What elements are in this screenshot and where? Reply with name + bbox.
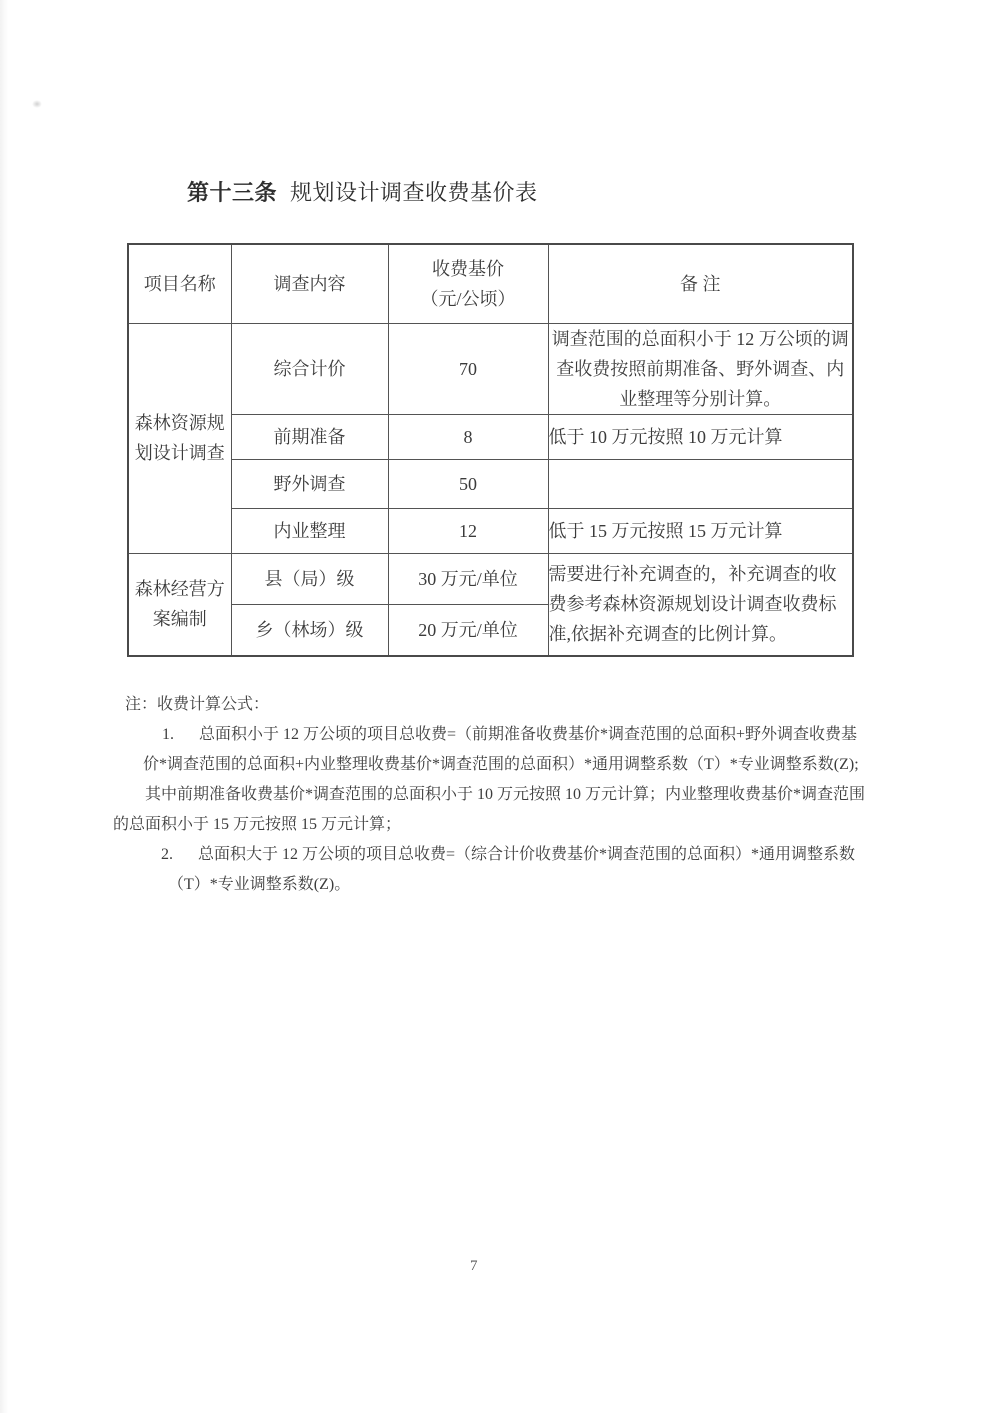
cell-group2-remark: 需要进行补充调查的，补充调查的收费参考森林资源规划设计调查收费标准,依据补充调查… xyxy=(548,553,853,656)
cell-price: 20 万元/单位 xyxy=(388,604,548,656)
cell-price: 30 万元/单位 xyxy=(388,553,548,604)
note-item-2: 2.总面积大于 12 万公顷的项目总收费=（综合计价收费基价*调查范围的总面积）… xyxy=(113,840,865,900)
table-row: 前期准备 8 低于 10 万元按照 10 万元计算 xyxy=(128,414,853,459)
cell-remark: 低于 15 万元按照 15 万元计算 xyxy=(548,508,853,553)
note-paragraph: 其中前期准备收费基价*调查范围的总面积小于 10 万元按照 10 万元计算；内业… xyxy=(113,780,865,840)
cell-remark: 调查范围的总面积小于 12 万公顷的调查收费按照前期准备、野外调查、内业整理等分… xyxy=(548,323,853,414)
cell-price: 70 xyxy=(388,323,548,414)
table-row: 内业整理 12 低于 15 万元按照 15 万元计算 xyxy=(128,508,853,553)
note-item-1: 1.总面积小于 12 万公顷的项目总收费=（前期准备收费基价*调查范围的总面积+… xyxy=(113,720,865,780)
cell-remark: 低于 10 万元按照 10 万元计算 xyxy=(548,414,853,459)
notes-section: 注：收费计算公式： 1.总面积小于 12 万公顷的项目总收费=（前期准备收费基价… xyxy=(113,690,865,900)
note-item-2-number: 2. xyxy=(161,840,198,870)
cell-content: 县（局）级 xyxy=(231,553,388,604)
cell-content: 前期准备 xyxy=(231,414,388,459)
cell-content: 野外调查 xyxy=(231,459,388,508)
table-header-row: 项目名称 调查内容 收费基价 （元/公顷） 备 注 xyxy=(128,244,853,323)
note-item-2-text: 总面积大于 12 万公顷的项目总收费=（综合计价收费基价*调查范围的总面积）*通… xyxy=(168,846,855,893)
fee-table: 项目名称 调查内容 收费基价 （元/公顷） 备 注 森林资源规划设计调查 综合计… xyxy=(127,243,854,657)
table-row: 森林资源规划设计调查 综合计价 70 调查范围的总面积小于 12 万公顷的调查收… xyxy=(128,323,853,414)
header-content: 调查内容 xyxy=(231,244,388,323)
header-price-line2: （元/公顷） xyxy=(389,284,548,314)
header-price: 收费基价 （元/公顷） xyxy=(388,244,548,323)
notes-label: 注：收费计算公式： xyxy=(113,690,865,720)
header-remark: 备 注 xyxy=(548,244,853,323)
table-row: 森林经营方案编制 县（局）级 30 万元/单位 需要进行补充调查的，补充调查的收… xyxy=(128,553,853,604)
note-item-1-number: 1. xyxy=(162,720,199,750)
cell-content: 综合计价 xyxy=(231,323,388,414)
table-row: 野外调查 50 xyxy=(128,459,853,508)
cell-price: 8 xyxy=(388,414,548,459)
cell-content: 内业整理 xyxy=(231,508,388,553)
scan-speck xyxy=(32,100,42,108)
scanned-document-page: { "colors": {"ink": "#3d3d3d", "table_bo… xyxy=(0,0,1000,1413)
note-item-1-text: 总面积小于 12 万公顷的项目总收费=（前期准备收费基价*调查范围的总面积+野外… xyxy=(143,726,859,773)
header-project: 项目名称 xyxy=(128,244,231,323)
cell-price: 50 xyxy=(388,459,548,508)
cell-price: 12 xyxy=(388,508,548,553)
cell-content: 乡（林场）级 xyxy=(231,604,388,656)
scan-edge-shadow xyxy=(0,0,8,1413)
page-number: 7 xyxy=(470,1258,478,1275)
article-number: 第十三条 xyxy=(187,180,277,205)
header-price-line1: 收费基价 xyxy=(389,254,548,284)
cell-remark xyxy=(548,459,853,508)
page-title: 第十三条规划设计调查收费基价表 xyxy=(187,176,538,207)
title-text: 规划设计调查收费基价表 xyxy=(290,180,538,205)
cell-group2-project: 森林经营方案编制 xyxy=(128,553,231,656)
cell-group1-project: 森林资源规划设计调查 xyxy=(128,323,231,553)
